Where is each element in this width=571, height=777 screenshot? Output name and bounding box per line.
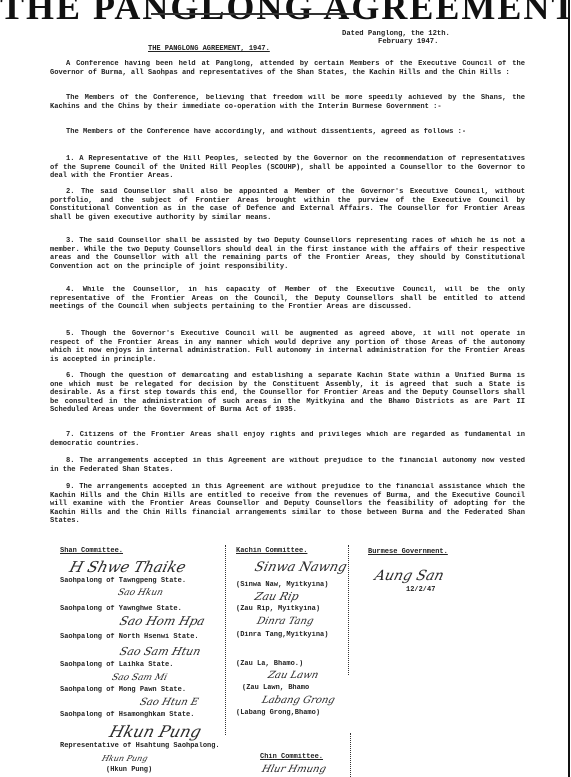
signatory-label: (Zau La, Bhamo.) xyxy=(236,660,303,668)
signature: Zau Lawn xyxy=(267,670,320,681)
clause-4: 4. While the Counsellor, in his capacity… xyxy=(50,286,525,312)
preamble-paragraph: The Members of the Conference have accor… xyxy=(50,128,525,137)
signature: Sinwa Nawng xyxy=(253,560,348,575)
signatory-label: Saohpalong of Yawnghwe State. xyxy=(60,605,182,613)
signature: Hkun Pung xyxy=(101,754,149,763)
chin-committee-heading: Chin Committee. xyxy=(260,753,323,761)
dated-line: Dated Panglong, the 12th. February 1947. xyxy=(342,30,502,47)
signature: Labang Grong xyxy=(261,695,337,706)
signatory-label: Saohpalong of Tawngpeng State. xyxy=(60,577,186,585)
burmese-government-heading: Burmese Government. xyxy=(368,548,448,556)
clause-1: 1. A Representative of the Hill Peoples,… xyxy=(50,155,525,181)
signature: Sao Hkun xyxy=(117,588,164,598)
preamble-paragraph: A Conference having been held at Panglon… xyxy=(50,60,525,77)
clause-3: 3. The said Counsellor shall be assisted… xyxy=(50,237,525,271)
signatory-label: (Hkun Pung) xyxy=(106,766,152,774)
dated-place: Dated Panglong, the 12th. xyxy=(342,30,502,38)
signature: H Shwe Thaike xyxy=(68,558,188,576)
signatory-label: (Labang Grong,Bhamo) xyxy=(236,709,320,717)
title-underline xyxy=(151,13,357,15)
signatory-label: (Dinra Tang,Myitkyina) xyxy=(236,631,328,639)
signatory-label: 12/2/47 xyxy=(406,586,435,594)
preamble-paragraph: The Members of the Conference, believing… xyxy=(50,94,525,111)
clause-5: 5. Though the Governor's Executive Counc… xyxy=(50,330,525,364)
signature: Sao Htun E xyxy=(139,697,200,708)
signature: Hkun Pung xyxy=(107,722,203,741)
clause-8: 8. The arrangements accepted in this Agr… xyxy=(50,457,525,474)
signature: Sao Sam Htun xyxy=(118,645,202,658)
signature: Dinra Tang xyxy=(256,616,315,627)
column-divider xyxy=(350,733,351,777)
kachin-committee-heading: Kachin Committee. xyxy=(236,547,307,555)
column-divider xyxy=(348,545,349,675)
signatory-label: (Zau Lawn, Bhamo xyxy=(242,684,309,692)
signatory-label: (Zau Rip, Myitkyina) xyxy=(236,605,320,613)
signatory-label: Saohpalong of Laihka State. xyxy=(60,661,173,669)
signatory-label: Saohpalong of Mong Pawn State. xyxy=(60,686,186,694)
clause-9: 9. The arrangements accepted in this Agr… xyxy=(50,483,525,526)
clause-2: 2. The said Counsellor shall also be app… xyxy=(50,188,525,222)
column-divider xyxy=(225,545,226,735)
dated-date: February 1947. xyxy=(342,38,502,46)
signature: Aung San xyxy=(373,568,446,584)
page-border-right xyxy=(568,0,570,777)
signature: Zau Rip xyxy=(253,590,300,603)
signature: Sao Hom Hpa xyxy=(118,614,206,628)
clause-6: 6. Though the question of demarcating an… xyxy=(50,372,525,415)
signatory-label: Saohpalong of North Hsenwi State. xyxy=(60,633,199,641)
signatory-label: (Sinwa Naw, Myitkyina) xyxy=(236,581,328,589)
signatory-label: Saohpalong of Hsamonghkam State. xyxy=(60,711,194,719)
agreement-subtitle: THE PANGLONG AGREEMENT, 1947. xyxy=(148,45,270,53)
shan-committee-heading: Shan Committee. xyxy=(60,547,123,555)
signature: Hlur Hmung xyxy=(261,764,328,775)
signatory-label: Representative of Hsahtung Saohpalong. xyxy=(60,742,220,750)
signature: Sao Sam Mi xyxy=(111,673,169,683)
clause-7: 7. Citizens of the Frontier Areas shall … xyxy=(50,431,525,448)
